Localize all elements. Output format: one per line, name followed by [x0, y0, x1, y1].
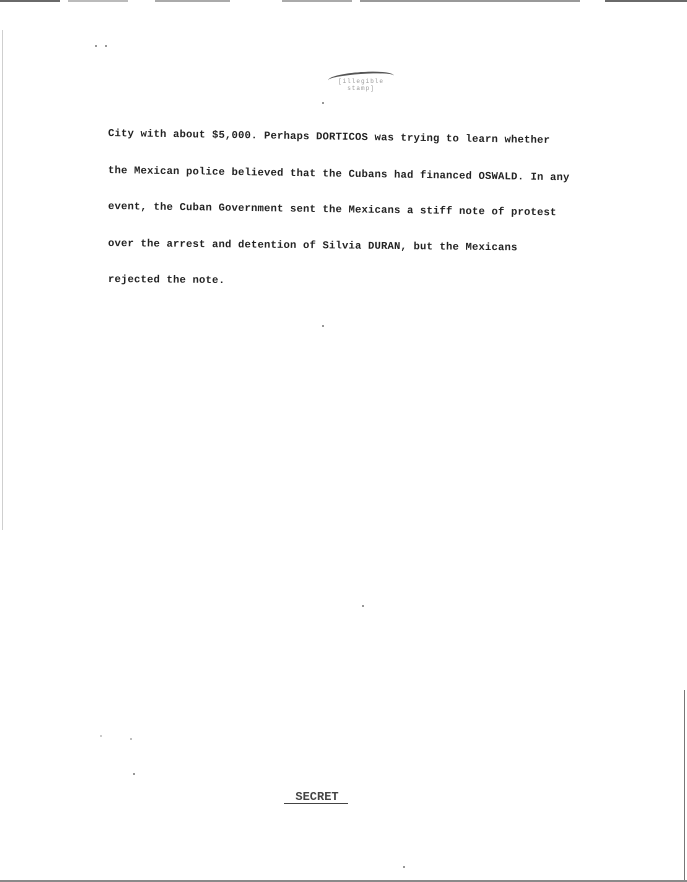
scan-speck [133, 773, 135, 775]
scan-edge-top [282, 0, 352, 2]
scan-speck [95, 45, 97, 47]
strike-line [284, 803, 348, 804]
scan-speck [362, 605, 364, 607]
scan-speck [100, 735, 102, 737]
scan-speck [403, 866, 405, 868]
scan-edge-right [684, 690, 685, 880]
classification-text: SECRET [295, 790, 338, 804]
document-paragraph: City with about $5,000. Perhaps DORTICOS… [108, 116, 588, 299]
paragraph-line: rejected the note. [108, 262, 588, 303]
scan-speck [105, 45, 107, 47]
scan-speck [322, 102, 324, 104]
paragraph-line: event, the Cuban Government sent the Mex… [108, 189, 588, 232]
stamp-text: [illegible stamp] [328, 78, 394, 92]
scan-speck [130, 738, 132, 740]
scan-edge-top [0, 0, 60, 2]
scan-edge-top [155, 0, 230, 2]
scan-edge-left [2, 30, 3, 530]
scan-edge-top [360, 0, 580, 2]
classification-stamp: SECRET [284, 790, 350, 816]
scan-edge-top [68, 0, 128, 2]
page-number-stamp: [illegible stamp] [328, 70, 394, 96]
scan-speck [322, 325, 324, 327]
scan-edge-top [605, 0, 687, 2]
paragraph-line: over the arrest and detention of Silvia … [108, 226, 588, 268]
